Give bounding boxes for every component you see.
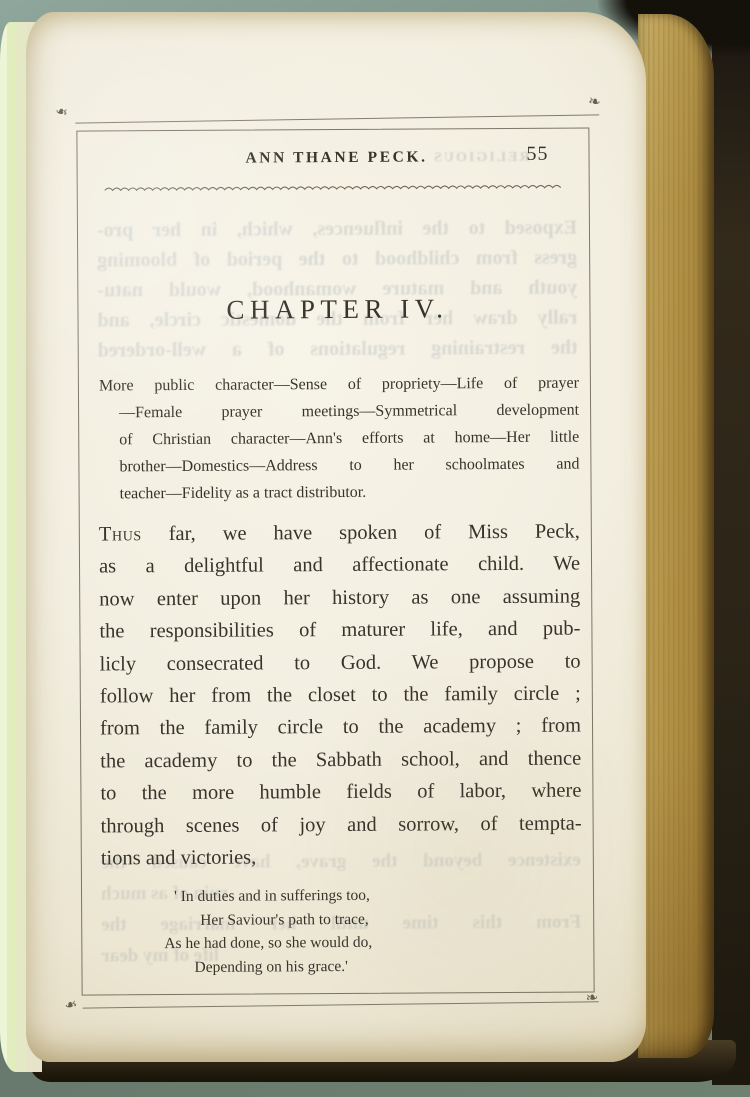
opening-word: Thus <box>99 523 142 545</box>
running-head-title: ANN THANE PECK. <box>96 148 576 169</box>
verse-quote: ' In duties and in sufferings too, Her S… <box>164 884 373 980</box>
scanned-book-photo: { "colors": { "paper": "#f2eee0", "ink":… <box>0 0 750 1097</box>
body-line: as a delightful and affectionate child. … <box>99 548 580 583</box>
border-rule-bottom <box>83 1001 599 1009</box>
body-line: the academy to the Sabbath school, and t… <box>100 742 581 777</box>
chapter-heading: CHAPTER IV. <box>97 293 577 327</box>
body-line: tions and victories, <box>101 840 582 875</box>
body-line: now enter upon her history as one assumi… <box>99 580 580 615</box>
body-line: Thus far, we have spoken of Miss Peck, <box>99 516 580 551</box>
synopsis-line: of Christian character—Ann's efforts at … <box>99 424 579 454</box>
body-line: to the more humble fields of labor, wher… <box>100 775 581 810</box>
chapter-synopsis: More public character—Sense of propriety… <box>99 370 580 508</box>
page-number: 55 <box>526 143 548 166</box>
synopsis-line: brother—Domestics—Address to her schoolm… <box>99 451 579 481</box>
verse-line: ' In duties and in sufferings too, <box>174 884 372 909</box>
synopsis-line: More public character—Sense of propriety… <box>99 370 579 400</box>
body-line: follow her from the closet to the family… <box>100 678 581 713</box>
verse-line: Depending on his grace.' <box>194 955 372 980</box>
body-line-text: far, we have spoken of Miss Peck, <box>142 521 580 546</box>
border-rule-top <box>75 114 599 124</box>
verse-line: As he had done, so she would do, <box>164 931 372 956</box>
body-line: licly consecrated to God. We propose to <box>100 645 581 680</box>
fleuron-icon: ❧ <box>585 990 599 1006</box>
fleuron-icon: ❧ <box>54 104 69 121</box>
verse-line: Her Saviour's path to trace, <box>200 907 372 932</box>
fleuron-icon: ❧ <box>587 94 601 111</box>
printed-page-content: RELIGIOUS Exposed to the influences, whi… <box>0 0 750 1097</box>
fleuron-icon: ❧ <box>63 997 78 1014</box>
synopsis-line: teacher—Fidelity as a tract distributor. <box>100 478 580 508</box>
synopsis-line: —Female prayer meetings—Symmetrical deve… <box>99 397 579 427</box>
body-line: through scenes of joy and sorrow, of tem… <box>101 807 582 842</box>
body-line: the responsibilities of maturer life, an… <box>99 613 580 648</box>
body-line: from the family circle to the academy ; … <box>100 710 581 745</box>
body-paragraph: Thus far, we have spoken of Miss Peck, a… <box>99 516 582 875</box>
